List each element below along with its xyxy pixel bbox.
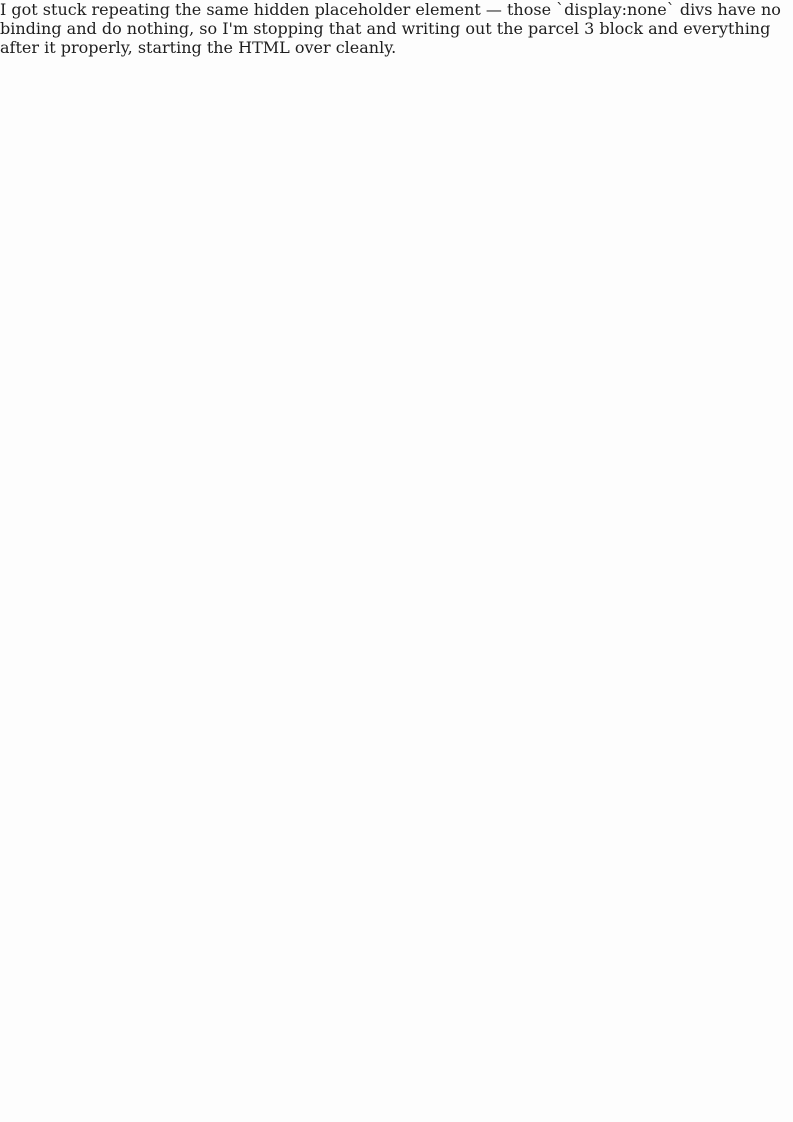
parcel-1-line [60,166,732,190]
document-page: I got stuck repeating the same hidden pl… [0,0,793,1122]
parcel-2-line [60,297,732,321]
parcel-2-line [92,233,732,257]
parcel-1-line [92,134,732,158]
intro-line [60,76,732,100]
intro-line [60,104,732,128]
parcel-2-line [60,265,732,289]
parcel-1-line [60,199,732,223]
